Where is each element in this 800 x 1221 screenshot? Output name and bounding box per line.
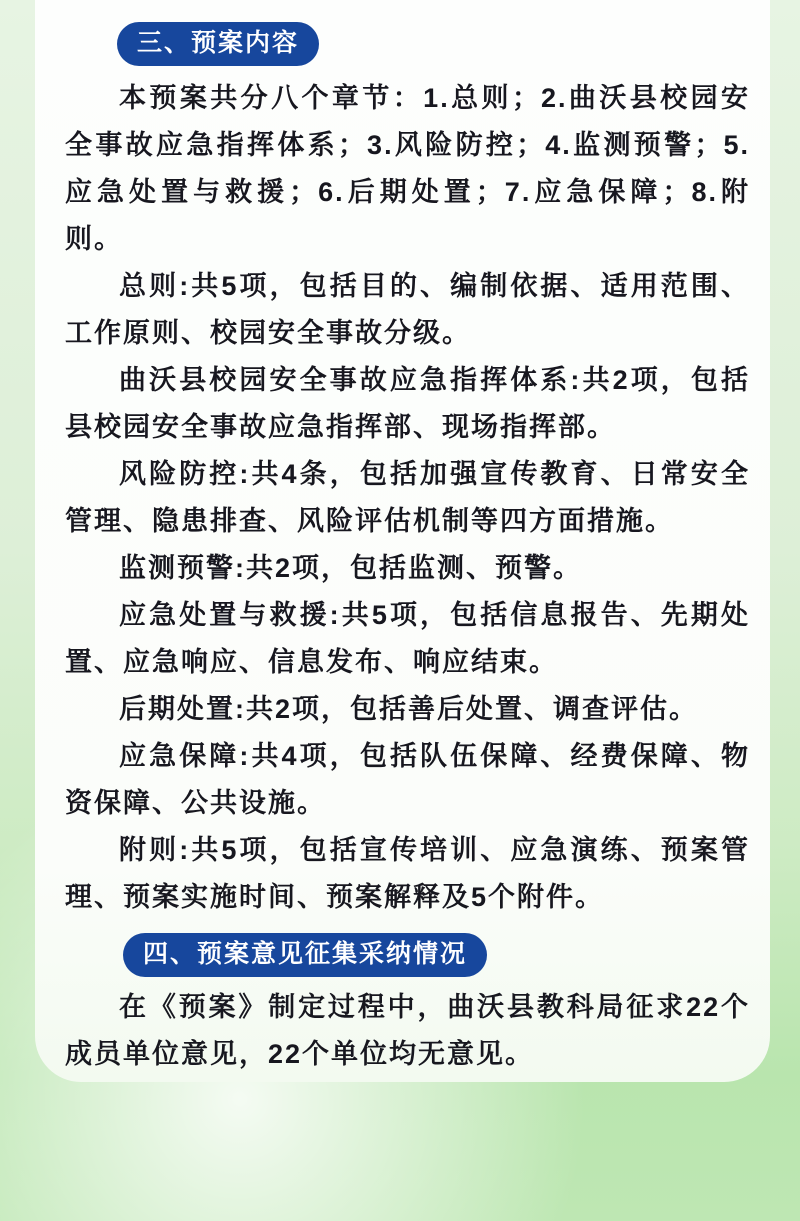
content-card: 三、预案内容 本预案共分八个章节：1.总则；2.曲沃县校园安全事故应急指挥体系；… — [35, 0, 770, 1082]
paragraph-emergency-support: 应急保障:共4项，包括队伍保障、经费保障、物资保障、公共设施。 — [65, 733, 750, 827]
paragraph-general-rules: 总则:共5项，包括目的、编制依据、适用范围、工作原则、校园安全事故分级。 — [65, 263, 750, 357]
paragraph-opinion-solicitation: 在《预案》制定过程中，曲沃县教科局征求22个成员单位意见，22个单位均无意见。 — [65, 984, 750, 1078]
paragraph-emergency-response: 应急处置与救援:共5项，包括信息报告、先期处置、应急响应、信息发布、响应结束。 — [65, 592, 750, 686]
paragraph-monitoring-warning: 监测预警:共2项，包括监测、预警。 — [65, 545, 750, 592]
section-4-badge: 四、预案意见征集采纳情况 — [123, 933, 487, 977]
section-3-badge: 三、预案内容 — [117, 22, 319, 66]
paragraph-chapters-overview: 本预案共分八个章节：1.总则；2.曲沃县校园安全事故应急指挥体系；3.风险防控；… — [65, 75, 750, 263]
paragraph-risk-prevention: 风险防控:共4条，包括加强宣传教育、日常安全管理、隐患排查、风险评估机制等四方面… — [65, 451, 750, 545]
paragraph-post-disposal: 后期处置:共2项，包括善后处置、调查评估。 — [65, 686, 750, 733]
page-background: 三、预案内容 本预案共分八个章节：1.总则；2.曲沃县校园安全事故应急指挥体系；… — [0, 0, 800, 1221]
paragraph-command-system: 曲沃县校园安全事故应急指挥体系:共2项，包括县校园安全事故应急指挥部、现场指挥部… — [65, 357, 750, 451]
section-4-badge-label: 四、预案意见征集采纳情况 — [143, 940, 467, 968]
paragraph-supplementary: 附则:共5项，包括宣传培训、应急演练、预案管理、预案实施时间、预案解释及5个附件… — [65, 827, 750, 921]
section-3-badge-label: 三、预案内容 — [137, 29, 299, 57]
